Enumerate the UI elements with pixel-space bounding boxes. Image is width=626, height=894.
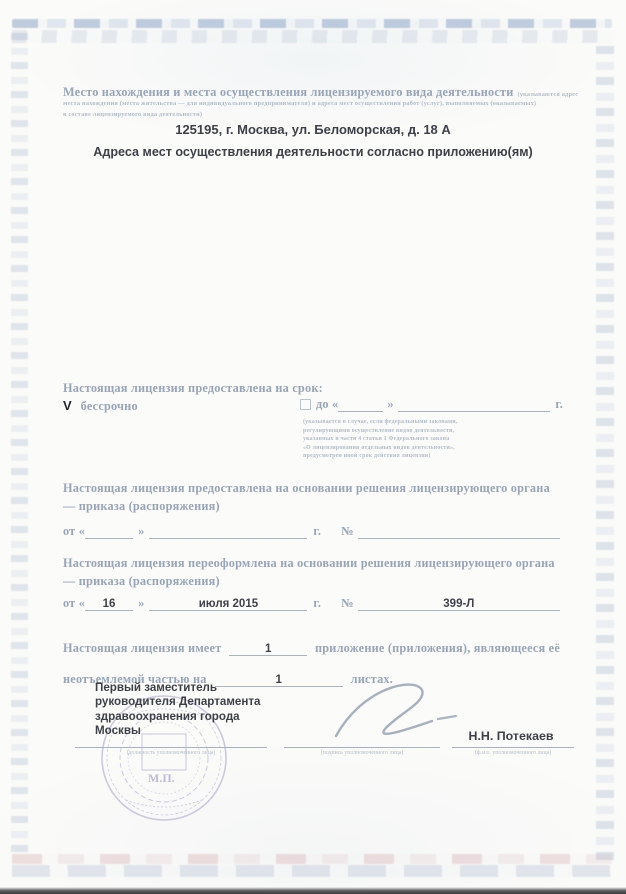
stamp-mp-label: М.П. [148, 771, 175, 785]
reissued-number-value: 399-Л [443, 598, 474, 610]
location-heading-line: Место нахождения и места осуществления л… [63, 83, 578, 101]
signer-position-line: руководителя Департамента [95, 695, 305, 709]
granted-number-blank [358, 524, 560, 539]
term-until-year-suffix: г. [555, 397, 563, 412]
name-caption-line [452, 747, 574, 748]
location-heading-note: (указываются адрес [518, 91, 579, 98]
reissued-year-suffix: г. [313, 596, 321, 611]
reissued-number-blank: 399-Л [358, 596, 560, 611]
term-until-prefix: до « [316, 397, 338, 412]
granted-number-sign: № [341, 524, 354, 539]
handwritten-signature [318, 674, 468, 752]
signature-caption: (подпись уполномоченного лица) [284, 750, 440, 756]
location-note-line2: места нахождения (места жительства — для… [63, 100, 573, 107]
checked-checkbox-icon: V [63, 398, 72, 413]
position-caption-line [75, 747, 267, 748]
guilloche-border-top [12, 19, 612, 28]
granted-from-prefix: от « [63, 524, 85, 539]
reissued-date-row: от « 16 » июля 2015 г. № 399-Л [63, 596, 560, 611]
location-heading: Место нахождения и места осуществления л… [63, 85, 514, 99]
scan-bottom-shadow [0, 887, 626, 894]
appendix-text2: приложение (приложения), являющееся её [315, 641, 560, 656]
appendix-text1: Настоящая лицензия имеет [63, 641, 221, 656]
guilloche-border-top-2 [12, 30, 612, 43]
position-caption: (должность уполномоченного лица) [75, 750, 267, 756]
term-until-quote: » [387, 397, 393, 412]
reissued-line1: Настоящая лицензия переоформлена на осно… [63, 556, 555, 571]
license-address: 125195, г. Москва, ул. Беломорская, д. 1… [0, 122, 626, 137]
address-appendix-note: Адреса мест осуществления деятельности с… [0, 145, 626, 159]
term-footnote-line: (указывается в случае, если федеральными… [303, 418, 543, 427]
appendix-count-value: 1 [265, 643, 271, 655]
granted-day-blank [85, 524, 133, 539]
guilloche-border-bottom-2 [12, 865, 612, 877]
reissued-number-sign: № [341, 596, 354, 611]
appendix-row1: Настоящая лицензия имеет 1 приложение (п… [63, 641, 560, 656]
granted-basis-line1: Настоящая лицензия предоставлена на осно… [63, 481, 550, 496]
signer-name: Н.Н. Потекаев [448, 729, 574, 743]
term-unlimited-option: V бессрочно [63, 397, 138, 415]
empty-checkbox-icon [300, 399, 311, 410]
reissued-quote: » [138, 596, 144, 611]
term-heading: Настоящая лицензия предоставлена на срок… [63, 381, 323, 396]
term-footnote-line: «О лицензировании отдельных видов деятел… [303, 444, 543, 453]
name-caption: (ф.и.о. уполномоченного лица) [452, 750, 574, 756]
term-until-year-blank [398, 397, 551, 412]
term-footnote-line: регулирующими осуществление видов деятел… [303, 427, 543, 436]
term-row: V бессрочно до « » г. [63, 397, 563, 415]
location-note-line3: в составе лицензируемого вида деятельнос… [63, 111, 573, 118]
reissued-from-prefix: от « [63, 596, 85, 611]
term-until-option: до « » г. [300, 397, 563, 412]
guilloche-border-right [596, 40, 614, 860]
granted-basis-line2: — приказа (распоряжения) [63, 499, 220, 514]
appendix-count-blank: 1 [229, 641, 307, 656]
term-unlimited-label: бессрочно [81, 399, 138, 413]
granted-quote: » [138, 524, 144, 539]
granted-date-row: от « » г. № [63, 524, 560, 539]
term-until-day-blank [338, 397, 383, 412]
signer-position-line: здравоохранения города [95, 710, 305, 724]
signer-position-block: Первый заместитель руководителя Департам… [95, 681, 305, 739]
reissued-month-year-value: июля 2015 [199, 598, 258, 610]
signer-position-line: Москвы [95, 724, 305, 738]
term-footnote-line: указанных в части 4 статьи 1 Федеральног… [303, 435, 543, 444]
signer-position-line: Первый заместитель [95, 681, 305, 695]
term-footnote: (указывается в случае, если федеральными… [303, 418, 543, 461]
granted-year-suffix: г. [313, 524, 321, 539]
reissued-day-value: 16 [103, 598, 116, 610]
reissued-line2: — приказа (распоряжения) [63, 574, 220, 589]
granted-month-blank [149, 524, 307, 539]
term-footnote-line: предусмотрен иной срок действия лицензии… [303, 452, 543, 461]
reissued-day-blank: 16 [85, 596, 133, 611]
reissued-month-blank: июля 2015 [149, 596, 307, 611]
signature-caption-line [284, 747, 440, 748]
guilloche-border-bottom [12, 854, 612, 864]
